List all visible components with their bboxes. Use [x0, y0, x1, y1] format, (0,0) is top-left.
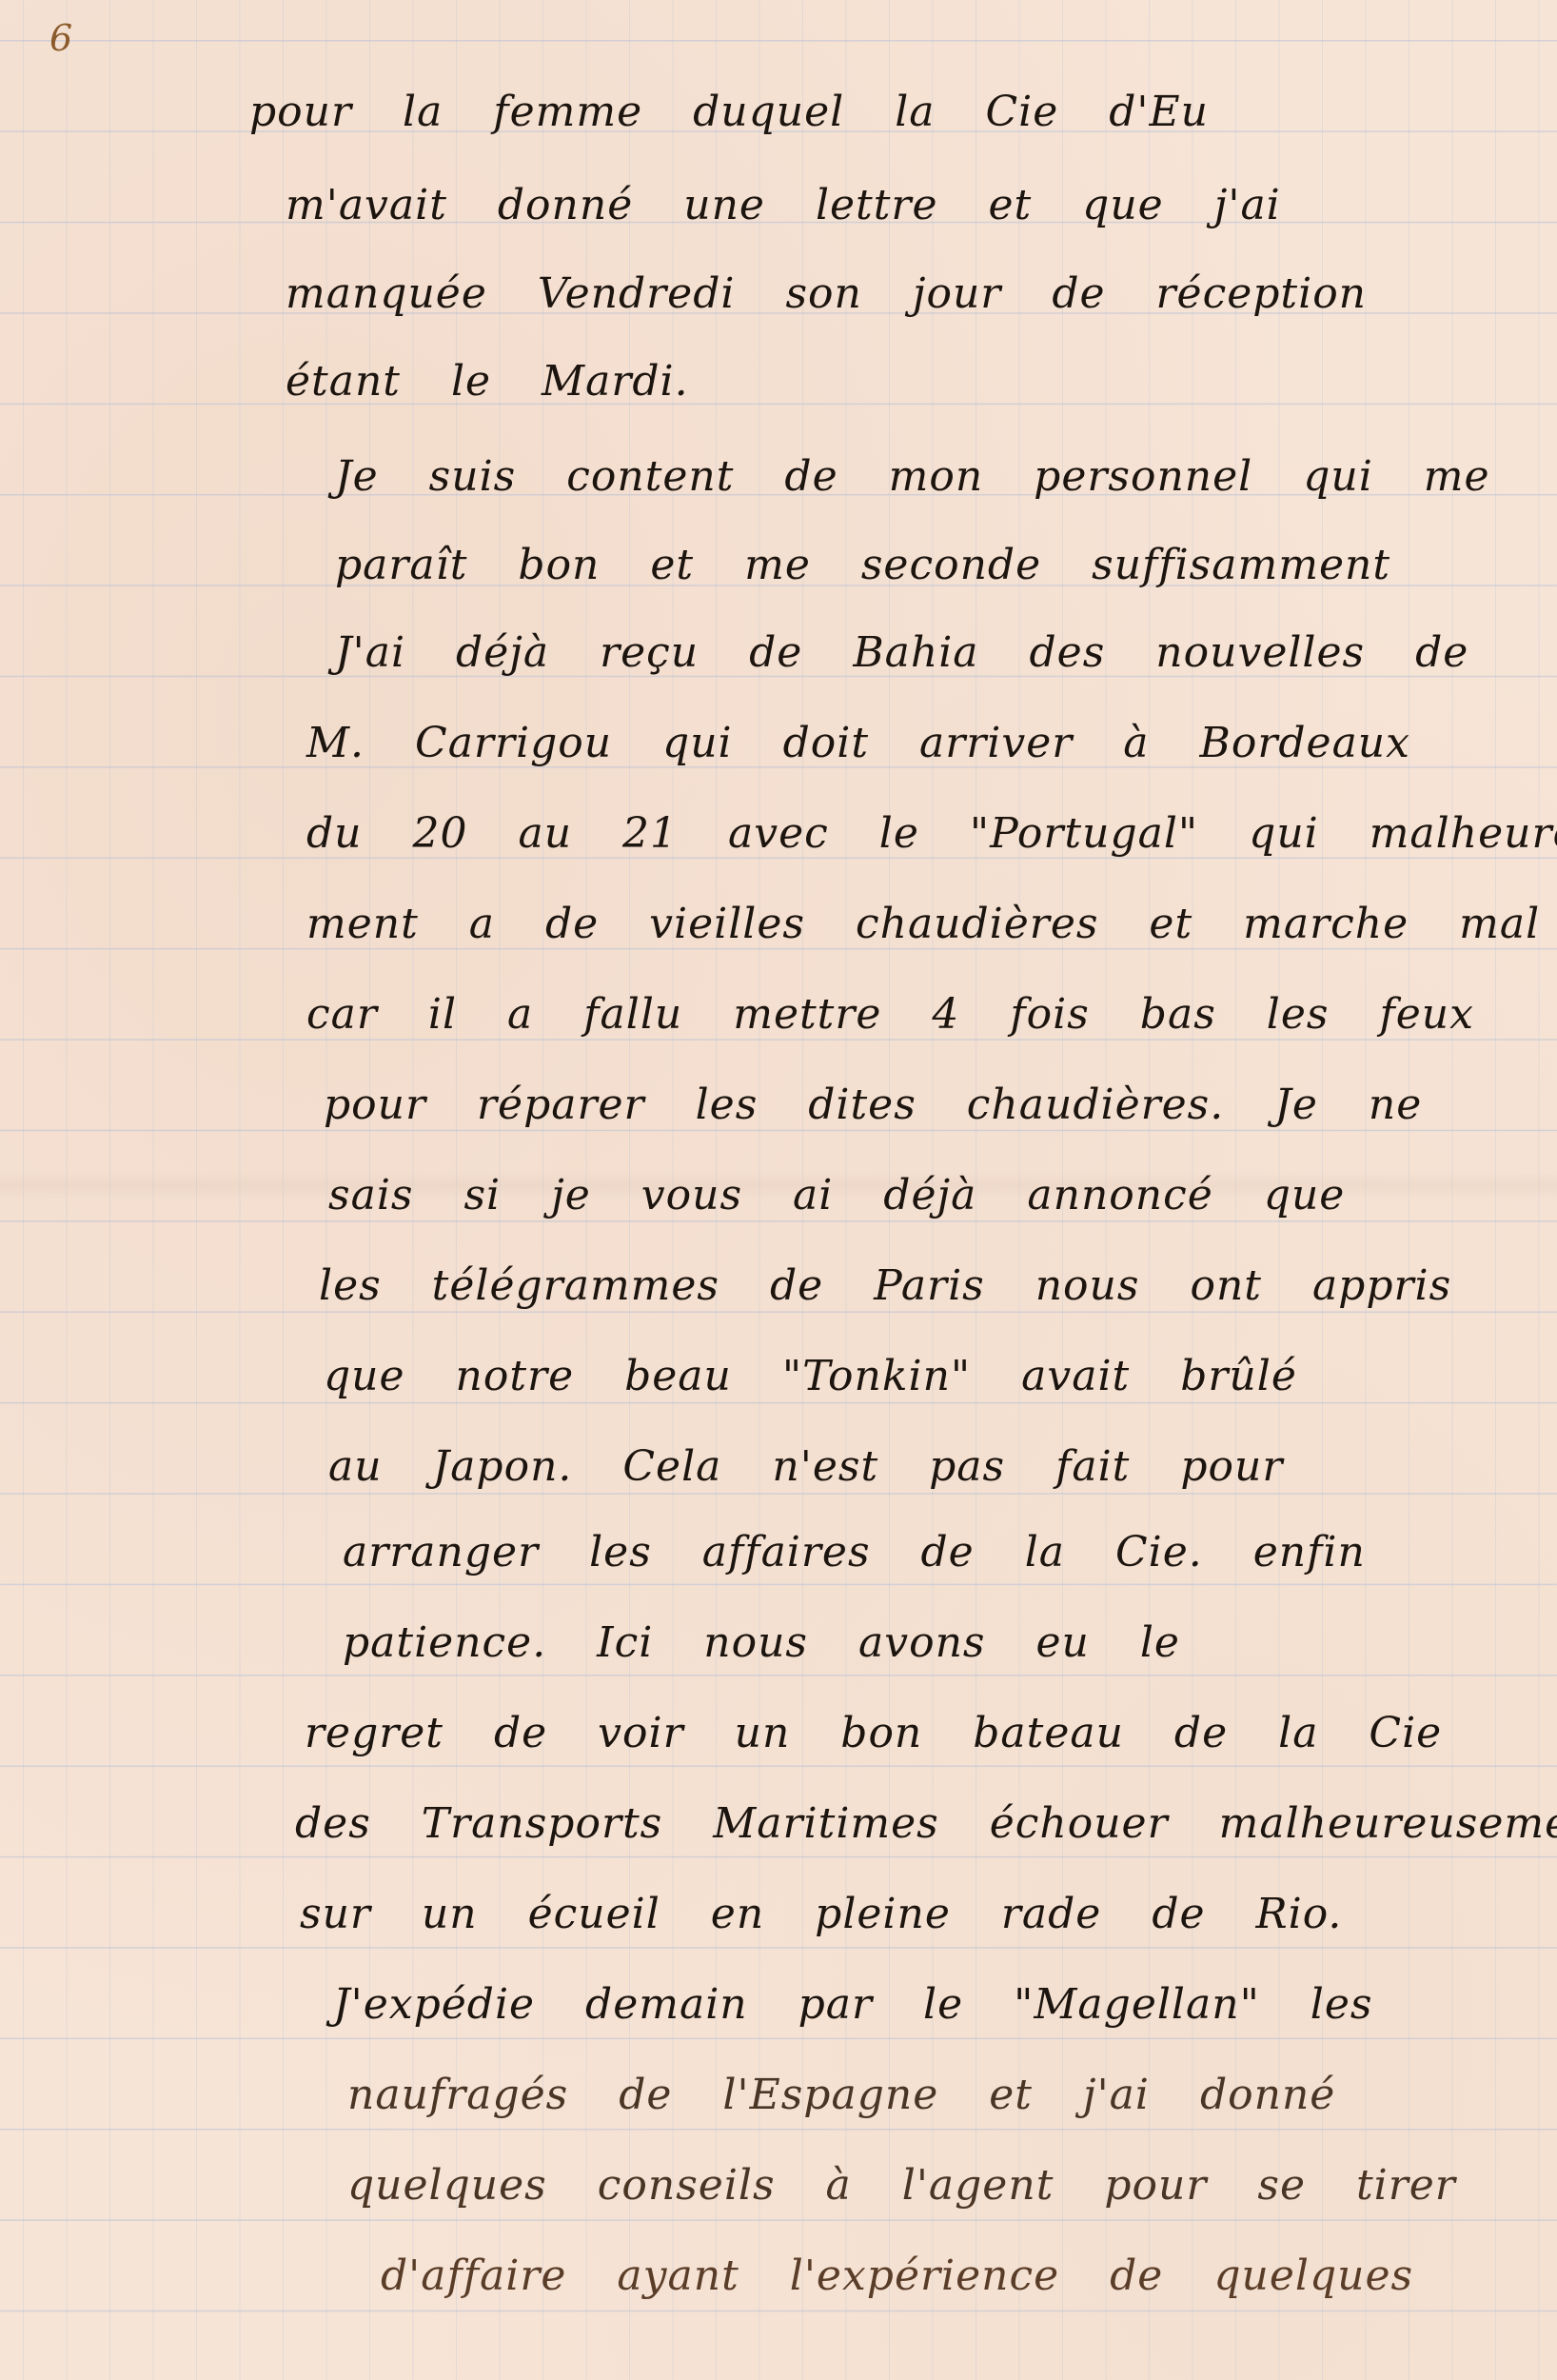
- letter-line: regret de voir un bon bateau de la Cie: [305, 1709, 1442, 1757]
- letter-line: quelques conseils à l'agent pour se tire…: [347, 2161, 1456, 2210]
- letter-line: des Transports Maritimes échouer malheur…: [295, 1799, 1557, 1848]
- letter-line: pour réparer les dites chaudières. Je ne: [324, 1081, 1422, 1129]
- letter-line: que notre beau "Tonkin" avait brûlé: [324, 1352, 1297, 1400]
- letter-line: sais si je vous ai déjà annoncé que: [328, 1171, 1345, 1220]
- letter-line: J'expédie demain par le "Magellan" les: [333, 1980, 1373, 2029]
- letter-line: arranger les affaires de la Cie. enfin: [343, 1528, 1366, 1577]
- letter-line: naufragés de l'Espagne et j'ai donné: [347, 2071, 1335, 2119]
- letter-line: étant le Mardi.: [286, 357, 689, 406]
- letter-line: M. Carrigou qui doit arriver à Bordeaux: [306, 719, 1410, 767]
- letter-line: sur un écueil en pleine rade de Rio.: [300, 1890, 1342, 1938]
- letter-line: paraît bon et me seconde suffisamment: [335, 541, 1390, 589]
- letter-line: d'affaire ayant l'expérience de quelques: [381, 2251, 1413, 2300]
- letter-line: m'avait donné une lettre et que j'ai: [286, 181, 1281, 229]
- letter-body: pour la femme duquel la Cie d'Eu m'avait…: [0, 0, 1557, 2380]
- letter-line: manquée Vendredi son jour de réception: [286, 269, 1367, 318]
- letter-line: car il a fallu mettre 4 fois bas les feu…: [306, 990, 1474, 1039]
- letter-line: Je suis content de mon personnel qui me: [335, 452, 1490, 501]
- letter-page: 6 pour la femme duquel la Cie d'Eu m'ava…: [0, 0, 1557, 2380]
- letter-line: patience. Ici nous avons eu le: [343, 1618, 1180, 1667]
- letter-line: du 20 au 21 avec le "Portugal" qui malhe…: [306, 809, 1557, 858]
- letter-line: ment a de vieilles chaudières et marche …: [306, 900, 1540, 948]
- letter-line: pour la femme duquel la Cie d'Eu: [249, 88, 1209, 136]
- letter-line: les télégrammes de Paris nous ont appris: [319, 1261, 1451, 1310]
- letter-line: J'ai déjà reçu de Bahia des nouvelles de: [335, 628, 1468, 677]
- letter-line: au Japon. Cela n'est pas fait pour: [328, 1442, 1283, 1491]
